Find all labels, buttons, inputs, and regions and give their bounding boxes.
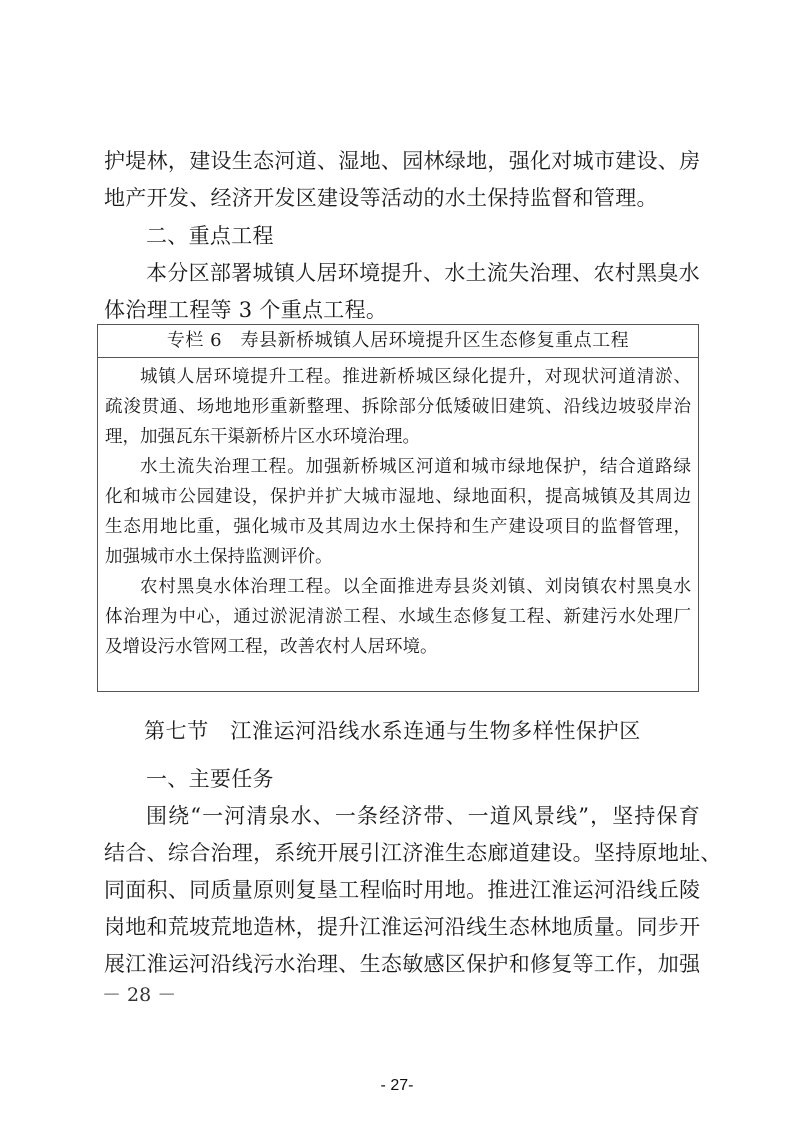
heading-key-projects: 二、重点工程 — [146, 224, 700, 248]
box-line: 加强城市水土保持监测评价。 — [105, 546, 691, 568]
box-line: 农村黑臭水体治理工程。以全面推进寿县炎刘镇、刘岗镇农村黑臭水 — [140, 576, 691, 598]
body-line: 围绕“一河清泉水、一条经济带、一道风景线”，坚持保育 — [146, 804, 700, 828]
inner-page-number: － 28 － — [102, 984, 176, 1006]
body-line: 结合、综合治理，系统开展引江济淮生态廊道建设。坚持原地址、 — [104, 841, 700, 865]
box-line: 及增设污水管网工程，改善农村人居环境。 — [105, 636, 691, 658]
body-line: 地产开发、经济开发区建设等活动的水土保持监督和管理。 — [104, 186, 700, 210]
heading-main-tasks: 一、主要任务 — [146, 767, 700, 791]
box-line: 体治理为中心，通过淤泥清淤工程、水域生态修复工程、新建污水处理厂 — [105, 606, 691, 628]
body-line: 护堤林，建设生态河道、湿地、园林绿地，强化对城市建设、房 — [104, 149, 700, 173]
section-title: 第七节 江淮运河沿线水系连通与生物多样性保护区 — [144, 718, 664, 744]
box-line: 水土流失治理工程。加强新桥城区河道和城市绿地保护，结合道路绿 — [140, 456, 691, 478]
body-line: 同面积、同质量原则复垦工程临时用地。推进江淮运河沿线丘陵 — [104, 878, 700, 902]
box-title: 专栏 6 寿县新桥城镇人居环境提升区生态修复重点工程 — [98, 325, 698, 358]
body-line: 本分区部署城镇人居环境提升、水土流失治理、农村黑臭水 — [146, 261, 700, 285]
body-line: 岗地和荒坡荒地造林，提升江淮运河沿线生态林地质量。同步开 — [104, 915, 700, 939]
box-line: 化和城市公园建设，保护并扩大城市湿地、绿地面积，提高城镇及其周边 — [105, 486, 691, 508]
body-line: 体治理工程等 3 个重点工程。 — [104, 298, 700, 322]
project-column-box: 专栏 6 寿县新桥城镇人居环境提升区生态修复重点工程 城镇人居环境提升工程。推进… — [97, 324, 699, 692]
footer-page-number: - 27- — [0, 1076, 794, 1096]
box-line: 城镇人居环境提升工程。推进新桥城区绿化提升，对现状河道清淤、 — [140, 366, 691, 388]
box-line: 疏浚贯通、场地地形重新整理、拆除部分低矮破旧建筑、沿线边坡驳岸治 — [105, 396, 691, 418]
box-line: 理，加强瓦东干渠新桥片区水环境治理。 — [105, 426, 691, 448]
document-page: 护堤林，建设生态河道、湿地、园林绿地，强化对城市建设、房 地产开发、经济开发区建… — [0, 0, 794, 1123]
box-line: 生态用地比重，强化城市及其周边水土保持和生产建设项目的监督管理， — [105, 516, 691, 538]
body-line: 展江淮运河沿线污水治理、生态敏感区保护和修复等工作，加强 — [104, 952, 700, 976]
